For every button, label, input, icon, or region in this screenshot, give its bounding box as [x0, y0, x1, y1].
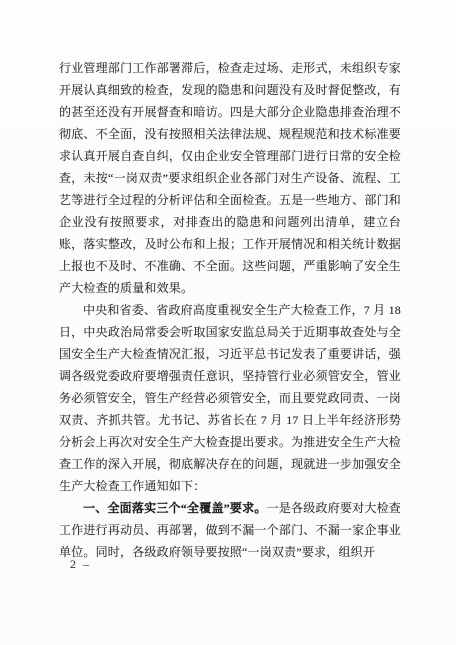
paragraph-continuation: 行业管理部门工作部署滞后，检查走过场、走形式，未组织专家开展认真细致的检查，发现…	[59, 57, 401, 299]
paragraph-section-one: 一、全面落实三个“全覆盖”要求。一是各级政府要对大检查工作进行再动员、再部署，做…	[59, 497, 401, 563]
section-heading: 一、全面落实三个“全覆盖”要求。	[83, 501, 267, 515]
document-body: 行业管理部门工作部署滞后，检查走过场、走形式，未组织专家开展认真细致的检查，发现…	[59, 57, 401, 563]
page-number: 2 –	[70, 557, 91, 572]
paragraph-central-directives: 中央和省委、省政府高度重视安全生产大检查工作，7 月 18 日，中央政治局常委会…	[59, 299, 401, 497]
document-page: 行业管理部门工作部署滞后，检查走过场、走形式，未组织专家开展认真细致的检查，发现…	[0, 0, 456, 645]
